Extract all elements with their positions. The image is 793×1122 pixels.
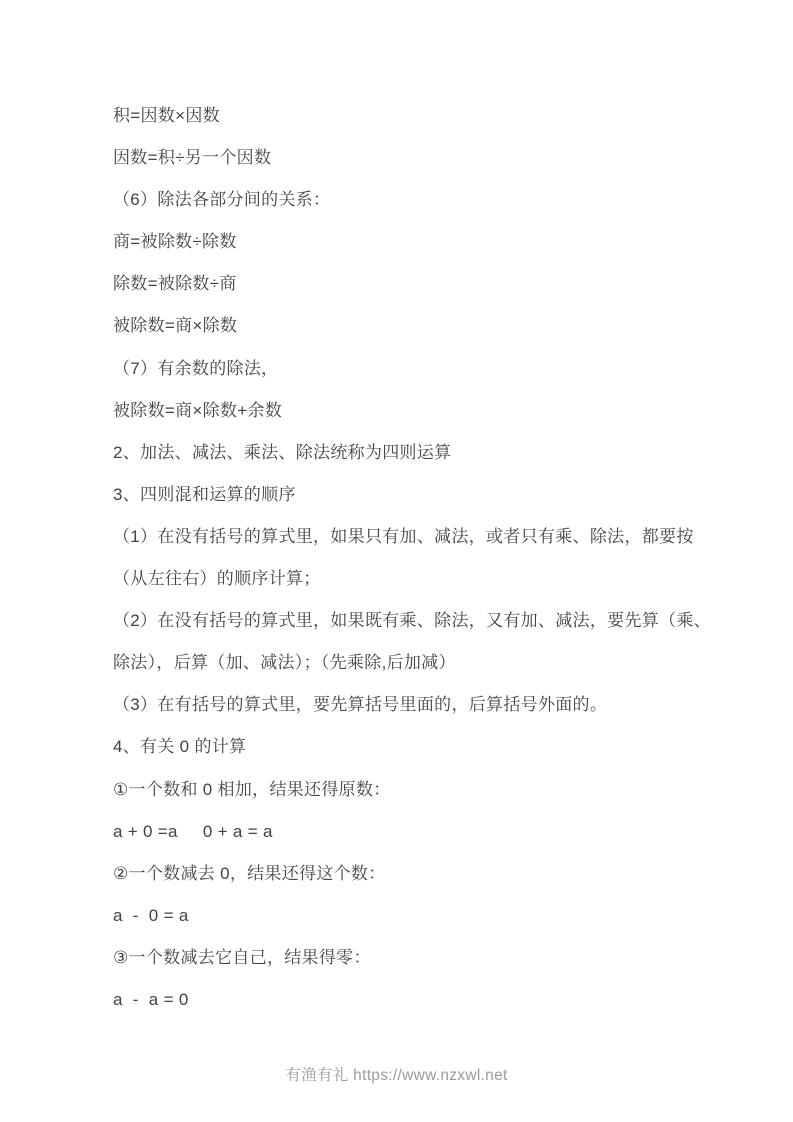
text-line: （7）有余数的除法， bbox=[113, 348, 713, 390]
formula-line: a - 0 = a bbox=[113, 895, 713, 937]
text-line: ③一个数减去它自己，结果得零： bbox=[113, 937, 713, 979]
text-line: （3）在有括号的算式里，要先算括号里面的，后算括号外面的。 bbox=[113, 684, 713, 726]
text-line: 2、加法、减法、乘法、除法统称为四则运算 bbox=[113, 432, 713, 474]
text-line: ①一个数和 0 相加，结果还得原数： bbox=[113, 769, 713, 811]
text-line: 4、有关 0 的计算 bbox=[113, 726, 713, 768]
text-line: （2）在没有括号的算式里，如果既有乘、除法，又有加、减法，要先算（乘、 bbox=[113, 600, 713, 642]
text-line: 积=因数×因数 bbox=[113, 95, 713, 137]
text-line: 除法），后算（加、减法）；（先乘除,后加减） bbox=[113, 642, 713, 684]
text-line: ②一个数减去 0，结果还得这个数： bbox=[113, 853, 713, 895]
formula-line: a - a = 0 bbox=[113, 979, 713, 1021]
text-line: （6）除法各部分间的关系： bbox=[113, 179, 713, 221]
text-line: （1）在没有括号的算式里，如果只有加、减法，或者只有乘、除法，都要按 bbox=[113, 516, 713, 558]
text-line: （从左往右）的顺序计算； bbox=[113, 558, 713, 600]
text-line: 除数=被除数÷商 bbox=[113, 263, 713, 305]
document-body: 积=因数×因数 因数=积÷另一个因数 （6）除法各部分间的关系： 商=被除数÷除… bbox=[113, 95, 713, 1021]
text-line: 被除数=商×除数+余数 bbox=[113, 390, 713, 432]
formula-line: a + 0 =a 0 + a = a bbox=[113, 811, 713, 853]
text-line: 因数=积÷另一个因数 bbox=[113, 137, 713, 179]
text-line: 被除数=商×除数 bbox=[113, 305, 713, 347]
footer-watermark: 有渔有礼 https://www.nzxwl.net bbox=[0, 1064, 793, 1088]
text-line: 3、四则混和运算的顺序 bbox=[113, 474, 713, 516]
text-line: 商=被除数÷除数 bbox=[113, 221, 713, 263]
document-page: 积=因数×因数 因数=积÷另一个因数 （6）除法各部分间的关系： 商=被除数÷除… bbox=[0, 0, 793, 1122]
